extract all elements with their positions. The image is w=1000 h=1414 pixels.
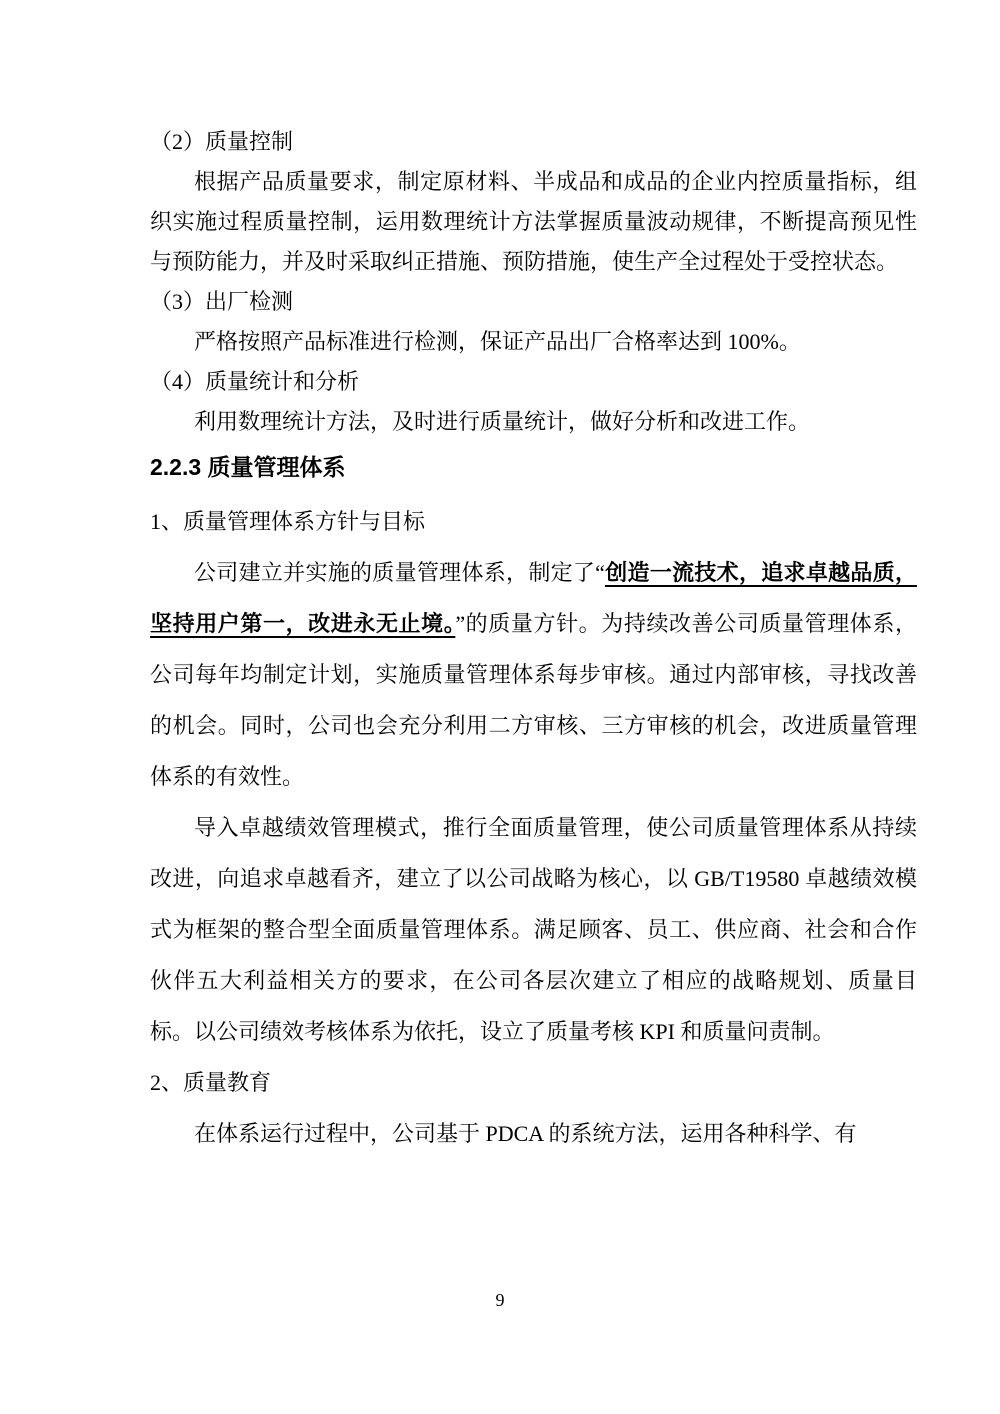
page-number: 9 [0, 1288, 1000, 1312]
policy-pre-text: 公司建立并实施的质量管理体系，制定了“ [194, 560, 605, 585]
paragraph: 利用数理统计方法，及时进行质量统计，做好分析和改进工作。 [150, 402, 917, 442]
subsection-title-1: 1、质量管理体系方针与目标 [150, 496, 917, 547]
paragraph: 导入卓越绩效管理模式，推行全面质量管理，使公司质量管理体系从持续改进，向追求卓越… [150, 802, 917, 1057]
paragraph: 根据产品质量要求，制定原材料、半成品和成品的企业内控质量指标，组织实施过程质量控… [150, 162, 917, 282]
policy-post-text: ”的质量方针。为持续改善公司质量管理体系，公司每年均制定计划，实施质量管理体系每… [150, 611, 917, 789]
paragraph: 在体系运行过程中，公司基于 PDCA 的系统方法，运用各种科学、有 [150, 1108, 917, 1159]
section-quality-control: （2）质量控制 根据产品质量要求，制定原材料、半成品和成品的企业内控质量指标，组… [150, 122, 917, 442]
subsection-title-2: 2、质量教育 [150, 1057, 917, 1108]
paragraph: 严格按照产品标准进行检测，保证产品出厂合格率达到 100%。 [150, 322, 917, 362]
list-item-label-2: （2）质量控制 [150, 122, 917, 162]
section-heading: 2.2.3 质量管理体系 [150, 442, 917, 492]
list-item-label-4: （4）质量统计和分析 [150, 362, 917, 402]
page-content: （2）质量控制 根据产品质量要求，制定原材料、半成品和成品的企业内控质量指标，组… [150, 122, 917, 1159]
list-item-label-3: （3）出厂检测 [150, 282, 917, 322]
section-quality-system: 1、质量管理体系方针与目标 公司建立并实施的质量管理体系，制定了“创造一流技术，… [150, 496, 917, 1159]
quality-policy-paragraph: 公司建立并实施的质量管理体系，制定了“创造一流技术，追求卓越品质，坚持用户第一，… [150, 547, 917, 802]
document-page: （2）质量控制 根据产品质量要求，制定原材料、半成品和成品的企业内控质量指标，组… [0, 0, 1000, 1414]
